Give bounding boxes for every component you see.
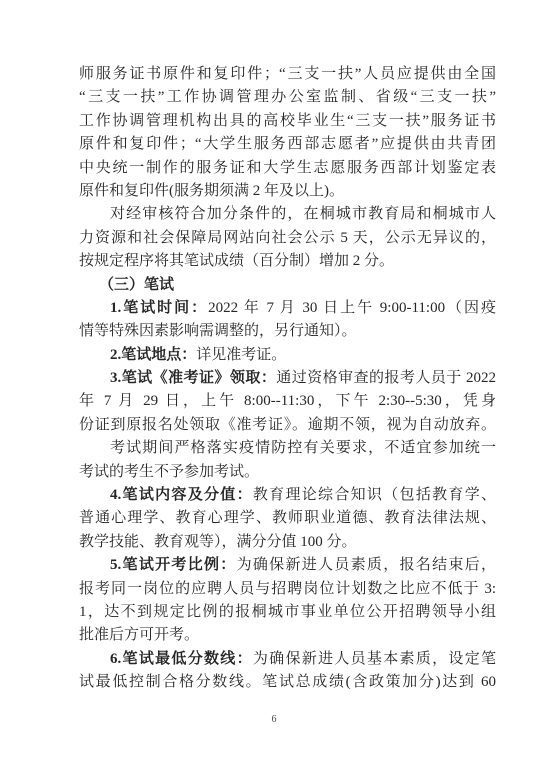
line-bold-label: 4.笔试内容及分值：: [110, 487, 253, 503]
line-text: 1，达不到规定比例的报桐城市事业单位公开招聘领导小组: [79, 604, 496, 620]
line-bold-label: 5.笔试开考比例：: [110, 557, 237, 573]
line-text: 师服务证书原件和复印件；“三支一扶”人员应提供由全国: [79, 66, 496, 82]
document-line: 对经审核符合加分条件的，在桐城市教育局和桐城市人: [79, 203, 496, 226]
page-number: 6: [0, 714, 548, 725]
document-line: 按规定程序将其笔试成绩（百分制）增加 2 分。: [79, 250, 496, 273]
line-text: 普通心理学、教育心理学、教师职业道德、教育法律法规、: [79, 510, 496, 526]
line-text: 原件和复印件；“大学生服务西部志愿者”应提供由共青团: [79, 136, 496, 152]
document-line: 师服务证书原件和复印件；“三支一扶”人员应提供由全国: [79, 63, 496, 86]
line-text: 对经审核符合加分条件的，在桐城市教育局和桐城市人: [110, 206, 496, 222]
line-text: 工作协调管理机构出具的高校毕业生“三支一扶”服务证书: [79, 113, 496, 129]
line-text: 考试期间严格落实疫情防控有关要求，不适宜参加统一: [110, 440, 496, 456]
line-text: 力资源和社会保障局网站向社会公示 5 天，公示无异议的，: [79, 230, 496, 246]
document-line: 5.笔试开考比例：为确保新进人员素质，报名结束后，: [79, 554, 496, 577]
line-text: 详见准考证。: [196, 347, 286, 363]
document-line: 份证到原报名处领取《准考证》。逾期不领，视为自动放弃。: [79, 414, 496, 437]
document-line: 中央统一制作的服务证和大学生志愿服务西部计划鉴定表: [79, 157, 496, 180]
document-line: 教学技能、教育观等），满分分值 100 分。: [79, 531, 496, 554]
document-page: 师服务证书原件和复印件；“三支一扶”人员应提供由全国 “三支一扶”工作协调管理办…: [0, 0, 548, 776]
line-bold-label: 2.笔试地点：: [110, 347, 196, 363]
document-line: 1，达不到规定比例的报桐城市事业单位公开招聘领导小组: [79, 601, 496, 624]
document-line: 试最低控制合格分数线。笔试总成绩(含政策加分)达到 60: [79, 671, 496, 694]
document-line: 2.笔试地点：详见准考证。: [79, 344, 496, 367]
line-text: 按规定程序将其笔试成绩（百分制）增加 2 分。: [79, 253, 394, 269]
line-text: 为确保新进人员素质，报名结束后，: [237, 557, 496, 573]
line-bold-label: 3.笔试《准考证》领取：: [110, 370, 276, 386]
line-text: 中央统一制作的服务证和大学生志愿服务西部计划鉴定表: [79, 160, 496, 176]
line-bold-label: 1.笔试时间：: [110, 300, 208, 316]
document-line: 3.笔试《准考证》领取：通过资格审查的报考人员于 2022: [79, 367, 496, 390]
document-line: 工作协调管理机构出具的高校毕业生“三支一扶”服务证书: [79, 110, 496, 133]
line-text: 份证到原报名处领取《准考证》。逾期不领，视为自动放弃。: [79, 417, 496, 433]
document-line: 考试的考生不予参加考试。: [79, 461, 496, 484]
line-text: 批准后方可开考。: [79, 627, 199, 643]
line-text: 2022 年 7 月 30 日上午 9:00-11:00（因疫: [208, 300, 496, 316]
document-line: 考试期间严格落实疫情防控有关要求，不适宜参加统一: [79, 437, 496, 460]
line-text: 试最低控制合格分数线。笔试总成绩(含政策加分)达到 60: [79, 674, 496, 690]
document-line: 6.笔试最低分数线：为确保新进人员基本素质，设定笔: [79, 648, 496, 671]
document-line: 原件和复印件(服务期须满 2 年及以上)。: [79, 180, 496, 203]
document-line: 报考同一岗位的应聘人员与招聘岗位计划数之比应不低于 3:: [79, 578, 496, 601]
section-heading: （三）笔试: [79, 274, 496, 297]
heading-text: （三）笔试: [99, 277, 174, 293]
document-line: 情等特殊因素影响需调整的，另行通知）。: [79, 320, 496, 343]
document-line: 力资源和社会保障局网站向社会公示 5 天，公示无异议的，: [79, 227, 496, 250]
line-text: 原件和复印件(服务期须满 2 年及以上)。: [79, 183, 344, 199]
line-text: “三支一扶”工作协调管理办公室监制、省级“三支一扶”: [79, 89, 496, 105]
line-text: 教育理论综合知识（包括教育学、: [253, 487, 496, 503]
document-line: 普通心理学、教育心理学、教师职业道德、教育法律法规、: [79, 507, 496, 530]
line-text: 通过资格审查的报考人员于 2022: [276, 370, 496, 386]
line-text: 教学技能、教育观等），满分分值 100 分。: [79, 534, 357, 550]
document-line: 1.笔试时间：2022 年 7 月 30 日上午 9:00-11:00（因疫: [79, 297, 496, 320]
line-text: 情等特殊因素影响需调整的，另行通知）。: [79, 323, 357, 339]
document-line: 原件和复印件；“大学生服务西部志愿者”应提供由共青团: [79, 133, 496, 156]
line-text: 考试的考生不予参加考试。: [79, 464, 259, 480]
line-text: 年 7 月 29 日，上午 8:00--11:30，下午 2:30--5:30，…: [79, 393, 496, 409]
document-line: 4.笔试内容及分值：教育理论综合知识（包括教育学、: [79, 484, 496, 507]
document-line: 年 7 月 29 日，上午 8:00--11:30，下午 2:30--5:30，…: [79, 390, 496, 413]
line-text: 为确保新进人员基本素质，设定笔: [253, 651, 496, 667]
document-line: “三支一扶”工作协调管理办公室监制、省级“三支一扶”: [79, 86, 496, 109]
document-line: 批准后方可开考。: [79, 624, 496, 647]
line-text: 报考同一岗位的应聘人员与招聘岗位计划数之比应不低于 3:: [79, 581, 496, 597]
line-bold-label: 6.笔试最低分数线：: [110, 651, 253, 667]
